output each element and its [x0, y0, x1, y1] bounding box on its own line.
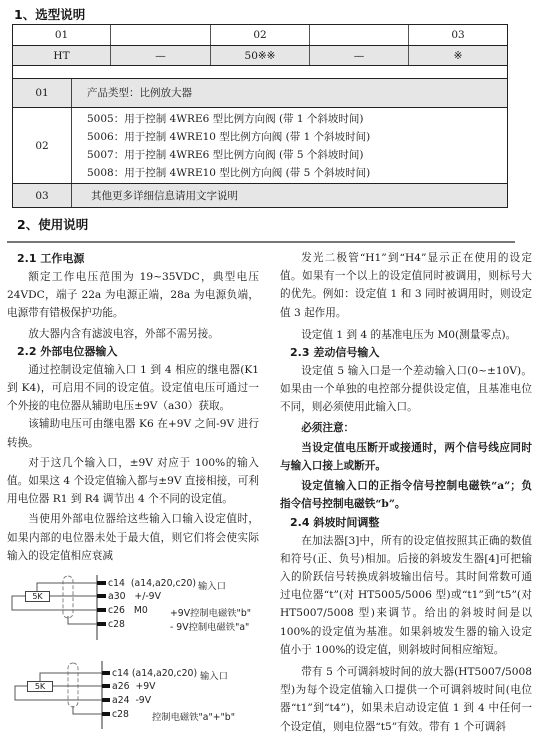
- value-cell-dash1: —: [111, 46, 211, 65]
- left-column: 2.1 工作电源 额定工作电压范围为 19~35VDC，典型电压 24VDC，端…: [7, 250, 259, 565]
- paragraph: 额定工作电压范围为 19~35VDC，典型电压 24VDC，端子 22a 为电源…: [7, 268, 259, 323]
- paragraph: 通过控制设定值输入口 1 到 4 相应的继电器(K1 到 K4)，可启用不同的设…: [7, 361, 259, 416]
- header-cell-03: 03: [409, 25, 507, 45]
- value-cell-x: ※: [409, 46, 507, 65]
- desc-text: 产品类型：比例放大器: [87, 84, 507, 102]
- paragraph: 设定值 1 到 4 的基准电压为 M0(测量零点)。: [280, 326, 532, 344]
- paragraph: 带有 5 个可调斜坡时间的放大器(HT5007/5008 型)为每个设定值输入口…: [280, 663, 532, 736]
- heading-2-2: 2.2 外部电位器输入: [7, 343, 259, 361]
- desc-code: 03: [13, 184, 72, 207]
- pin-note: 输入口: [200, 668, 228, 682]
- note-paragraph: 当设定值电压断开或接通时，两个信号线应同时与输入口接上或断开。: [280, 439, 532, 475]
- paragraph: 放大器内含有滤波电容，外部不需另接。: [7, 325, 259, 343]
- desc-row-03: 03 其他更多详细信息请用文字说明: [13, 183, 507, 207]
- pin-label: c28: [112, 709, 129, 720]
- pin-label: c14 (a14,a20,c20): [112, 668, 197, 679]
- value-cell-50xx: 50※※: [211, 46, 310, 65]
- pin-note: 输入口: [198, 578, 226, 592]
- paragraph: 当使用外部电位器给这些输入口输入设定值时，如果内部的电位器未处于最大值，则它们将…: [7, 510, 259, 565]
- desc-text: 5008：用于控制 4WRE10 型比例方向阀 (带 5 个斜坡时间): [87, 164, 507, 182]
- heading-2-1: 2.1 工作电源: [7, 250, 259, 268]
- code-header-row: 01 02 03: [13, 25, 507, 45]
- header-cell-sep2: [310, 25, 409, 45]
- value-cell-ht: HT: [13, 46, 111, 65]
- potentiometer-5k: 5K: [27, 681, 53, 692]
- header-cell-01: 01: [13, 25, 111, 45]
- value-cell-dash2: —: [310, 46, 409, 65]
- pin-label: c14 (a14,a20,c20): [108, 578, 196, 589]
- pin-label: a24 -9V: [112, 695, 151, 706]
- header-cell-sep1: [111, 25, 211, 45]
- desc-row-01: 01 产品类型：比例放大器: [13, 78, 507, 107]
- paragraph: 该辅助电压可由继电器 K6 在+9V 之间-9V 进行转换。: [7, 415, 259, 451]
- section-divider: [7, 241, 515, 243]
- heading-2-4: 2.4 斜坡时间调整: [280, 514, 532, 532]
- pin-label: a26 +9V: [112, 681, 156, 692]
- pin-note: +9V控制电磁铁"b": [170, 605, 251, 619]
- pin-note: - 9V控制电磁铁"a": [170, 619, 249, 633]
- header-cell-02: 02: [211, 25, 310, 45]
- section1-title: 1、选型说明: [14, 5, 85, 23]
- right-column: 发光二极管“H1”到“H4”显示正在使用的设定值。如果有一个以上的设定值同时被调…: [280, 249, 532, 736]
- heading-2-3: 2.3 差动信号输入: [280, 344, 532, 362]
- note-title: 必须注意：: [280, 419, 532, 437]
- desc-row-02: 02 5005：用于控制 4WRE6 型比例方向阀 (带 1 个斜坡时间) 50…: [13, 107, 507, 183]
- pin-label: c28: [108, 619, 125, 630]
- wiring-diagram-2: 5K c14 (a14,a20,c20) 输入口 a26 +9V a24 -9V…: [0, 661, 280, 733]
- pin-label: a30 +/-9V: [108, 591, 161, 602]
- desc-text: 5005：用于控制 4WRE6 型比例方向阀 (带 1 个斜坡时间): [87, 110, 507, 128]
- code-value-row: HT — 50※※ — ※: [13, 45, 507, 65]
- desc-code: 01: [13, 79, 72, 107]
- desc-text: 其他更多详细信息请用文字说明: [91, 187, 507, 205]
- desc-text: 5007：用于控制 4WRE6 型比例方向阀 (带 5 个斜坡时间): [87, 146, 507, 164]
- paragraph: 在加法器[3]中，所有的设定值按照其正确的数值和符号(正、负号)相加。后接的斜坡…: [280, 532, 532, 659]
- table-spacer-row: [13, 65, 507, 78]
- desc-code: 02: [13, 108, 72, 183]
- paragraph: 设定值 5 输入口是一个差动输入口(0~±10V)。如果由一个单独的电控部分提供…: [280, 362, 532, 417]
- wiring-diagram-1: 5K c14 (a14,a20,c20) 输入口 a30 +/-9V c26 M…: [0, 575, 280, 645]
- note-paragraph: 设定值输入口的正指令信号控制电磁铁“a”；负指令信号控制电磁铁“b”。: [280, 477, 532, 513]
- potentiometer-5k: 5K: [25, 591, 50, 602]
- pin-label: c26 M0: [108, 605, 148, 616]
- section2-title: 2、使用说明: [17, 215, 88, 233]
- paragraph: 发光二极管“H1”到“H4”显示正在使用的设定值。如果有一个以上的设定值同时被调…: [280, 249, 532, 322]
- desc-text: 5006：用于控制 4WRE10 型比例方向阀 (带 1 个斜坡时间): [87, 128, 507, 146]
- paragraph: 对于这几个输入口，±9V 对应于 100%的输入值。如果这 4 个设定值输入都与…: [7, 454, 259, 509]
- pin-note: 控制电磁铁"a"+"b": [152, 709, 235, 723]
- model-selection-table: 01 02 03 HT — 50※※ — ※ 01 产品类型：比例放大器 02 …: [12, 24, 508, 208]
